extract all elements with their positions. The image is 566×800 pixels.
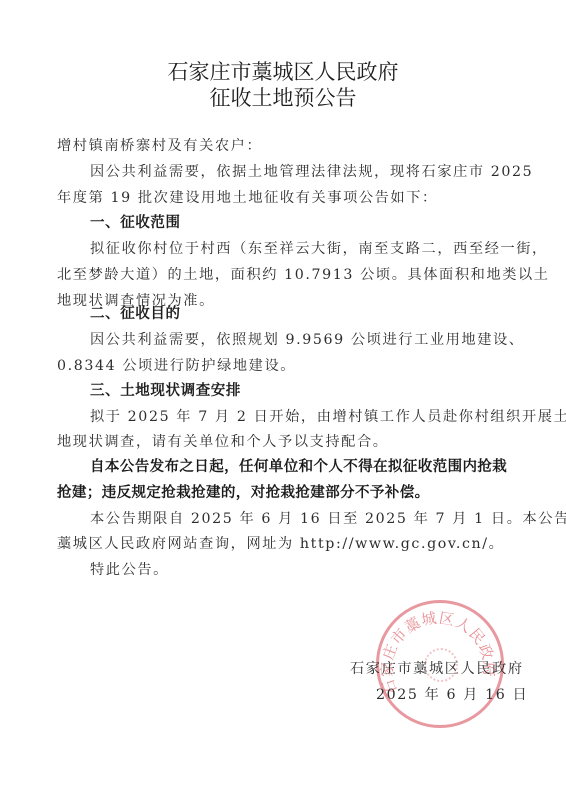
section-purpose-line-2: 0.8344 公顷进行防护绿地建设。 [57, 357, 517, 375]
section-heading-scope: 一、征收范围 [90, 214, 550, 232]
signature-date: 2025 年 6 月 16 日 [376, 684, 528, 704]
intro-line-2: 年度第 19 批次建设用地土地征收有关事项公告如下： [57, 189, 517, 207]
signature-issuer: 石家庄市藁城区人民政府 [350, 658, 524, 678]
warning-line-2: 抢建；违反规定抢栽抢建的，对抢栽抢建部分不予补偿。 [57, 484, 517, 502]
period-line-2: 藁城区人民政府网站查询，网址为 http://www.gc.gov.cn/。 [57, 535, 517, 553]
section-scope-line-1: 拟征收你村位于村西（东至祥云大街，南至支路二，西至经一街， [90, 240, 550, 258]
section-heading-purpose: 二、征收目的 [90, 305, 550, 323]
document-title-line2: 征收土地预公告 [0, 86, 566, 110]
document-title-line1: 石家庄市藁城区人民政府 [0, 60, 566, 84]
document-page: 石家庄市藁城区人民政府 征收土地预公告 增村镇南桥寨村及有关农户： 因公共利益需… [0, 0, 566, 800]
section-survey-line-2: 地现状调查，请有关单位和个人予以支持配合。 [57, 433, 517, 451]
closing-text: 特此公告。 [90, 561, 550, 579]
salutation: 增村镇南桥寨村及有关农户： [57, 137, 517, 155]
period-line-1: 本公告期限自 2025 年 6 月 16 日至 2025 年 7 月 1 日。本… [90, 510, 550, 528]
intro-line-1: 因公共利益需要，依据土地管理法律法规，现将石家庄市 2025 [90, 163, 550, 181]
section-scope-line-2: 北至梦龄大道）的土地，面积约 10.7913 公顷。具体面积和地类以土 [57, 266, 517, 284]
warning-line-1: 自本公告发布之日起，任何单位和个人不得在拟征收范围内抢栽 [90, 458, 550, 476]
section-survey-line-1: 拟于 2025 年 7 月 2 日开始，由增村镇工作人员赴你村组织开展土 [90, 408, 550, 426]
section-purpose-line-1: 因公共利益需要，依照规划 9.9569 公顷进行工业用地建设、 [90, 331, 550, 349]
section-heading-survey: 三、土地现状调查安排 [90, 382, 550, 400]
